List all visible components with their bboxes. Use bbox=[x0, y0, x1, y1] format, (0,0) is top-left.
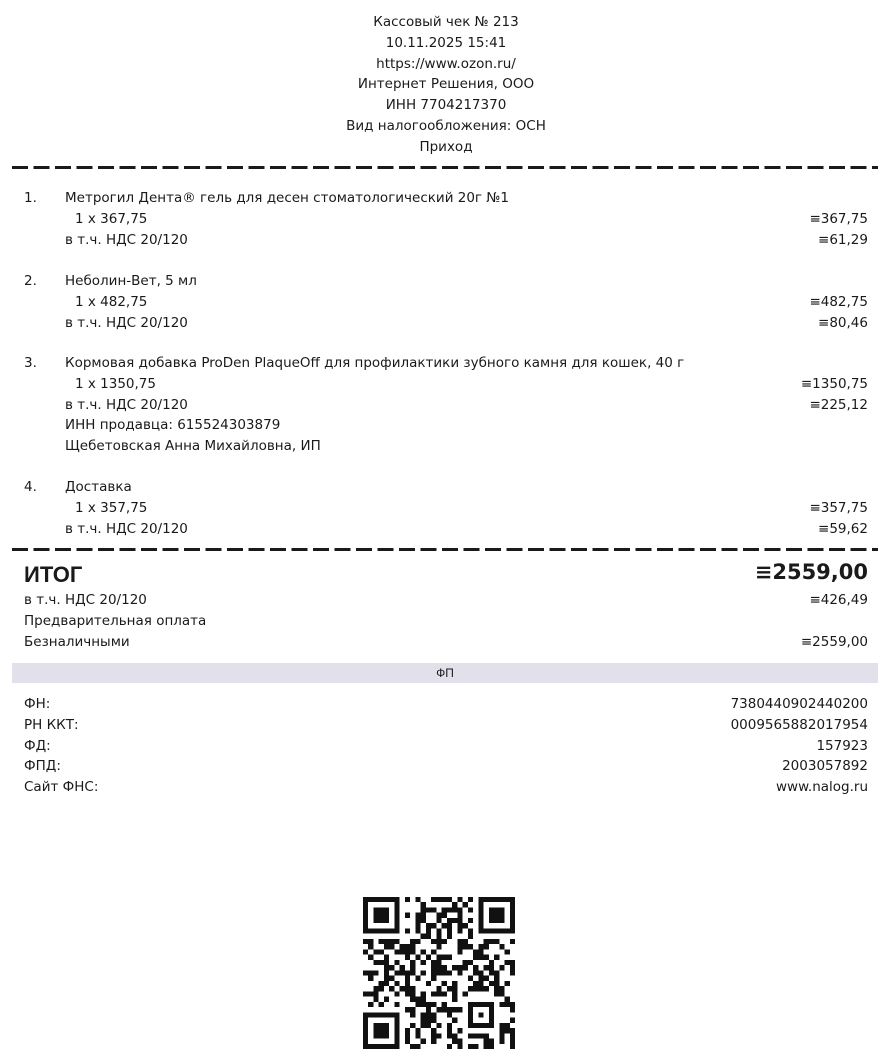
receipt-item: 2. Неболин-Вет, 5 мл 1 x 482,75 ≡482,75 … bbox=[0, 271, 892, 333]
item-vat-sum: ≡61,29 bbox=[818, 230, 868, 251]
total-vat-label: в т.ч. НДС 20/120 bbox=[24, 590, 147, 611]
item-vat-sum: ≡80,46 bbox=[818, 313, 868, 334]
fiscal-data: ФН: 7380440902440200 РН ККТ: 00095658820… bbox=[0, 694, 892, 798]
item-sum: ≡367,75 bbox=[809, 209, 868, 230]
qr-code-icon bbox=[363, 897, 515, 1049]
fiscal-value: 157923 bbox=[816, 736, 868, 757]
prepayment-label: Предварительная оплата bbox=[24, 611, 206, 632]
company-inn: ИНН 7704217370 bbox=[0, 95, 892, 116]
seller-name: Щебетовская Анна Михайловна, ИП bbox=[65, 436, 321, 457]
item-qty-price: 1 x 367,75 bbox=[75, 209, 147, 230]
totals-section: ИТОГ ≡2559,00 в т.ч. НДС 20/120 ≡426,49 … bbox=[0, 560, 892, 652]
divider-top bbox=[12, 166, 878, 169]
cashless-label: Безналичными bbox=[24, 632, 130, 653]
fiscal-label: ФН: bbox=[24, 694, 50, 715]
item-number: 3. bbox=[24, 353, 37, 374]
company-name: Интернет Решения, ООО bbox=[0, 74, 892, 95]
item-vat-label: в т.ч. НДС 20/120 bbox=[65, 313, 188, 334]
cashless-value: ≡2559,00 bbox=[801, 632, 868, 653]
fiscal-label: РН ККТ: bbox=[24, 715, 79, 736]
item-qty-price: 1 x 482,75 bbox=[75, 292, 147, 313]
fiscal-row: ФН: 7380440902440200 bbox=[0, 694, 892, 715]
receipt-item: 1. Метрогил Дента® гель для десен стомат… bbox=[0, 188, 892, 250]
fp-bar: ФП bbox=[12, 663, 878, 683]
item-sum: ≡1350,75 bbox=[801, 374, 868, 395]
fiscal-row: ФПД: 2003057892 bbox=[0, 756, 892, 777]
fiscal-label: ФПД: bbox=[24, 756, 61, 777]
item-vat-sum: ≡225,12 bbox=[809, 395, 868, 416]
operation-type: Приход bbox=[0, 137, 892, 158]
receipt-item: 3. Кормовая добавка ProDen PlaqueOff для… bbox=[0, 353, 892, 457]
item-qty-price: 1 x 1350,75 bbox=[75, 374, 156, 395]
receipt-item: 4. Доставка 1 x 357,75 ≡357,75 в т.ч. НД… bbox=[0, 477, 892, 539]
fiscal-row: Сайт ФНС: www.nalog.ru bbox=[0, 777, 892, 798]
item-number: 1. bbox=[24, 188, 37, 209]
item-sum: ≡482,75 bbox=[809, 292, 868, 313]
seller-url: https://www.ozon.ru/ bbox=[0, 54, 892, 75]
item-qty-price: 1 x 357,75 bbox=[75, 498, 147, 519]
item-vat-label: в т.ч. НДС 20/120 bbox=[65, 230, 188, 251]
item-name: Метрогил Дента® гель для десен стоматоло… bbox=[65, 188, 509, 209]
receipt-header: Кассовый чек № 213 10.11.2025 15:41 http… bbox=[0, 12, 892, 158]
fiscal-label: Сайт ФНС: bbox=[24, 777, 98, 798]
item-number: 4. bbox=[24, 477, 37, 498]
fiscal-value: 0009565882017954 bbox=[731, 715, 868, 736]
item-vat-sum: ≡59,62 bbox=[818, 519, 868, 540]
fiscal-row: ФД: 157923 bbox=[0, 736, 892, 757]
item-name: Доставка bbox=[65, 477, 132, 498]
fns-site-link[interactable]: www.nalog.ru bbox=[776, 777, 868, 798]
total-label: ИТОГ bbox=[24, 562, 82, 588]
total-vat-value: ≡426,49 bbox=[809, 590, 868, 611]
fiscal-label: ФД: bbox=[24, 736, 51, 757]
item-vat-label: в т.ч. НДС 20/120 bbox=[65, 395, 188, 416]
fiscal-value: 2003057892 bbox=[782, 756, 868, 777]
fiscal-row: РН ККТ: 0009565882017954 bbox=[0, 715, 892, 736]
seller-inn: ИНН продавца: 615524303879 bbox=[65, 415, 280, 436]
receipt-datetime: 10.11.2025 15:41 bbox=[0, 33, 892, 54]
total-value: ≡2559,00 bbox=[755, 560, 868, 584]
item-name: Кормовая добавка ProDen PlaqueOff для пр… bbox=[65, 353, 684, 374]
item-name: Неболин-Вет, 5 мл bbox=[65, 271, 197, 292]
tax-system: Вид налогообложения: ОСН bbox=[0, 116, 892, 137]
item-number: 2. bbox=[24, 271, 37, 292]
fiscal-value: 7380440902440200 bbox=[731, 694, 868, 715]
receipt-title: Кассовый чек № 213 bbox=[0, 12, 892, 33]
item-vat-label: в т.ч. НДС 20/120 bbox=[65, 519, 188, 540]
item-sum: ≡357,75 bbox=[809, 498, 868, 519]
divider-total bbox=[12, 548, 878, 551]
